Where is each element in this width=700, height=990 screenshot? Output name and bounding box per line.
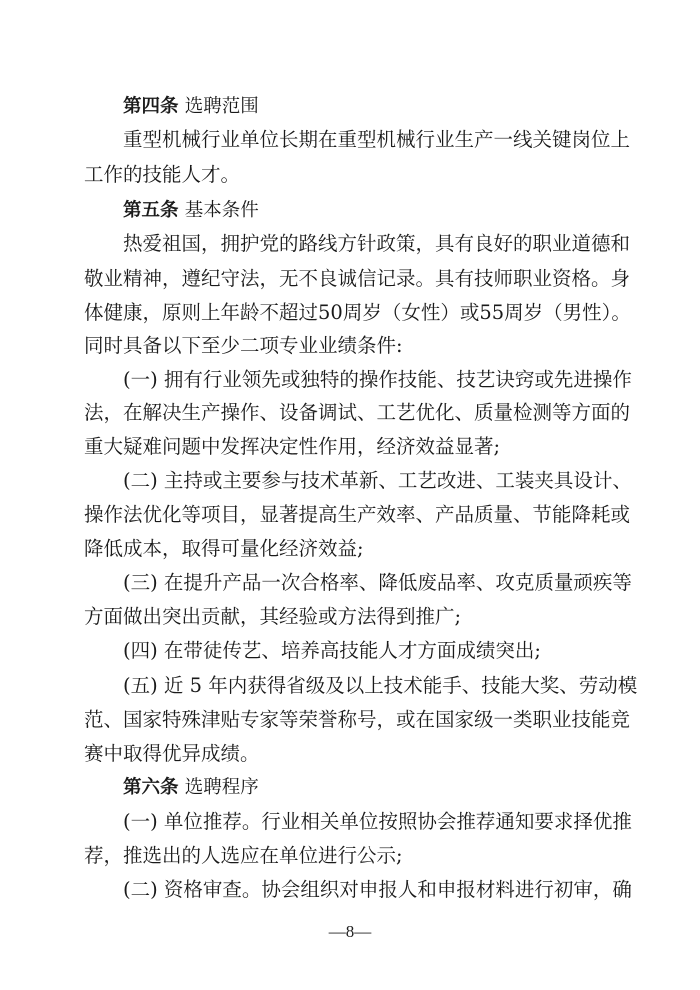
article-5-heading: 第五条 基本条件 [123, 193, 620, 227]
article-title: 选聘程序 [185, 777, 259, 798]
list-item-1-line: (一) 单位推荐。行业相关单位按照协会推荐通知要求择优推 [123, 805, 620, 839]
paragraph-line: 方面做出突出贡献，其经验或方法得到推广; [84, 600, 620, 634]
article-title: 基本条件 [185, 200, 259, 221]
list-item-3-line: (三) 在提升产品一次合格率、降低废品率、攻克质量顽疾等 [123, 566, 620, 600]
article-number: 第五条 [123, 200, 179, 221]
article-4-heading: 第四条 选聘范围 [123, 89, 620, 123]
paragraph-line: 同时具备以下至少二项专业业绩条件: [84, 329, 620, 363]
page-number: —8— [0, 922, 700, 942]
paragraph-line: 降低成本，取得可量化经济效益; [84, 532, 620, 566]
paragraph-line: 法，在解决生产操作、设备调试、工艺优化、质量检测等方面的 [84, 396, 620, 430]
list-item-2-line: (二) 主持或主要参与技术革新、工艺改进、工装夹具设计、 [123, 464, 620, 498]
list-item-5-line: (五) 近 5 年内获得省级及以上技术能手、技能大奖、劳动模 [123, 669, 620, 703]
document-page: 第四条 选聘范围 重型机械行业单位长期在重型机械行业生产一线关键岗位上 工作的技… [0, 0, 700, 990]
paragraph-line: 敬业精神，遵纪守法，无不良诚信记录。具有技师职业资格。身 [84, 262, 620, 296]
paragraph-line: 荐，推选出的人选应在单位进行公示; [84, 839, 620, 873]
article-number: 第四条 [123, 96, 179, 117]
article-title: 选聘范围 [185, 96, 259, 117]
list-item-2-line: (二) 资格审查。协会组织对申报人和申报材料进行初审，确 [123, 873, 620, 907]
list-item-1-line: (一) 拥有行业领先或独特的操作技能、技艺诀窍或先进操作 [123, 363, 620, 397]
paragraph-line: 操作法优化等项目，显著提高生产效率、产品质量、节能降耗或 [84, 498, 620, 532]
paragraph-line: 重型机械行业单位长期在重型机械行业生产一线关键岗位上 [123, 123, 620, 157]
paragraph-line: 范、国家特殊津贴专家等荣誉称号，或在国家级一类职业技能竞 [84, 703, 620, 737]
paragraph-line: 体健康，原则上年龄不超过50周岁（女性）或55周岁（男性）。 [84, 296, 620, 330]
article-number: 第六条 [123, 777, 179, 798]
paragraph-line: 热爱祖国，拥护党的路线方针政策，具有良好的职业道德和 [123, 227, 620, 261]
paragraph-line: 重大疑难问题中发挥决定性作用，经济效益显著; [84, 430, 620, 464]
paragraph-line: 赛中取得优异成绩。 [84, 737, 620, 771]
list-item-4-line: (四) 在带徒传艺、培养高技能人才方面成绩突出; [123, 634, 620, 668]
paragraph-line: 工作的技能人才。 [84, 158, 620, 192]
article-6-heading: 第六条 选聘程序 [123, 770, 620, 804]
